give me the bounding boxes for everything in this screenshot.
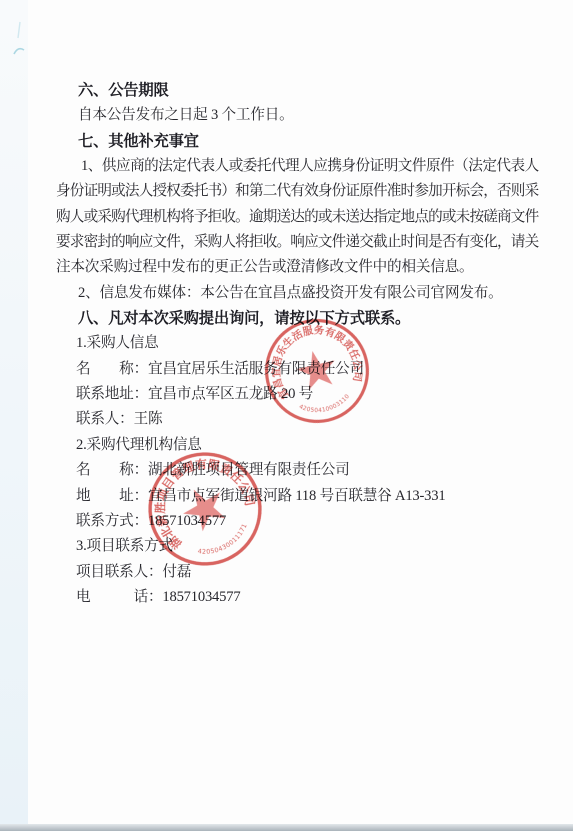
para-1-line-1: 1、供应商的法定代表人或委托代理人应携身份证明文件原件（法定代表人 — [56, 154, 538, 179]
scan-left-edge — [0, 0, 28, 831]
scanned-announcement-page: 六、公告期限 自本公告发布之日起 3 个工作日。 七、其他补充事宜 1、供应商的… — [0, 0, 573, 831]
seal-star — [175, 479, 232, 535]
para-1-line-5: 注本次采购过程中发布的更正公告或澄清修改文件中的相关信息。 — [56, 255, 538, 280]
agency-phone-row: 联系方式：18571034577 — [56, 509, 538, 534]
buyer-person-label: 联系人： — [76, 411, 134, 427]
project-person-row: 项目联系人：付磊 — [56, 560, 538, 585]
agency-name-label: 名 称： — [76, 462, 148, 478]
project-phone-label: 电 话： — [76, 589, 162, 605]
section-6-heading: 六、公告期限 — [56, 78, 538, 103]
buyer-name-label: 名 称： — [76, 361, 148, 377]
svg-text:42050410003110: 42050410003110 — [297, 393, 353, 419]
para-1-line-3: 购人或采购代理机构将予拒收。逾期送达的或未送达指定地点的或未按磋商文件 — [56, 205, 538, 230]
project-contact-heading: 3.项目联系方式 — [56, 534, 538, 559]
project-phone-value: 18571034577 — [162, 589, 240, 605]
para-1-line-2: 身份证明或法人授权委托书）和第二代有效身份证原件准时参加开标会，否则采 — [56, 179, 538, 204]
agency-name-row: 名 称：湖北新胜项目管理有限责任公司 — [56, 458, 538, 483]
section-6-body: 自本公告发布之日起 3 个工作日。 — [56, 103, 538, 128]
buyer-address-label: 联系地址： — [76, 386, 148, 402]
para-2: 2、信息发布媒体：本公告在宜昌点盛投资开发有限公司官网发布。 — [56, 281, 538, 306]
seal-star — [293, 347, 339, 392]
project-person-label: 项目联系人： — [76, 564, 162, 580]
scan-bottom-edge — [0, 824, 573, 831]
seal-serial-text: 42050410003110 — [297, 393, 353, 419]
scan-smudge — [4, 14, 40, 66]
para-1-line-4: 要求密封的响应文件，采购人将拒收。响应文件递交截止时间是否有变化，请关 — [56, 230, 538, 255]
section-7-heading: 七、其他补充事宜 — [56, 129, 538, 154]
agency-info-heading: 2.采购代理机构信息 — [56, 433, 538, 458]
project-phone-row: 电 话：18571034577 — [56, 585, 538, 610]
buyer-person-value: 王陈 — [134, 411, 163, 427]
